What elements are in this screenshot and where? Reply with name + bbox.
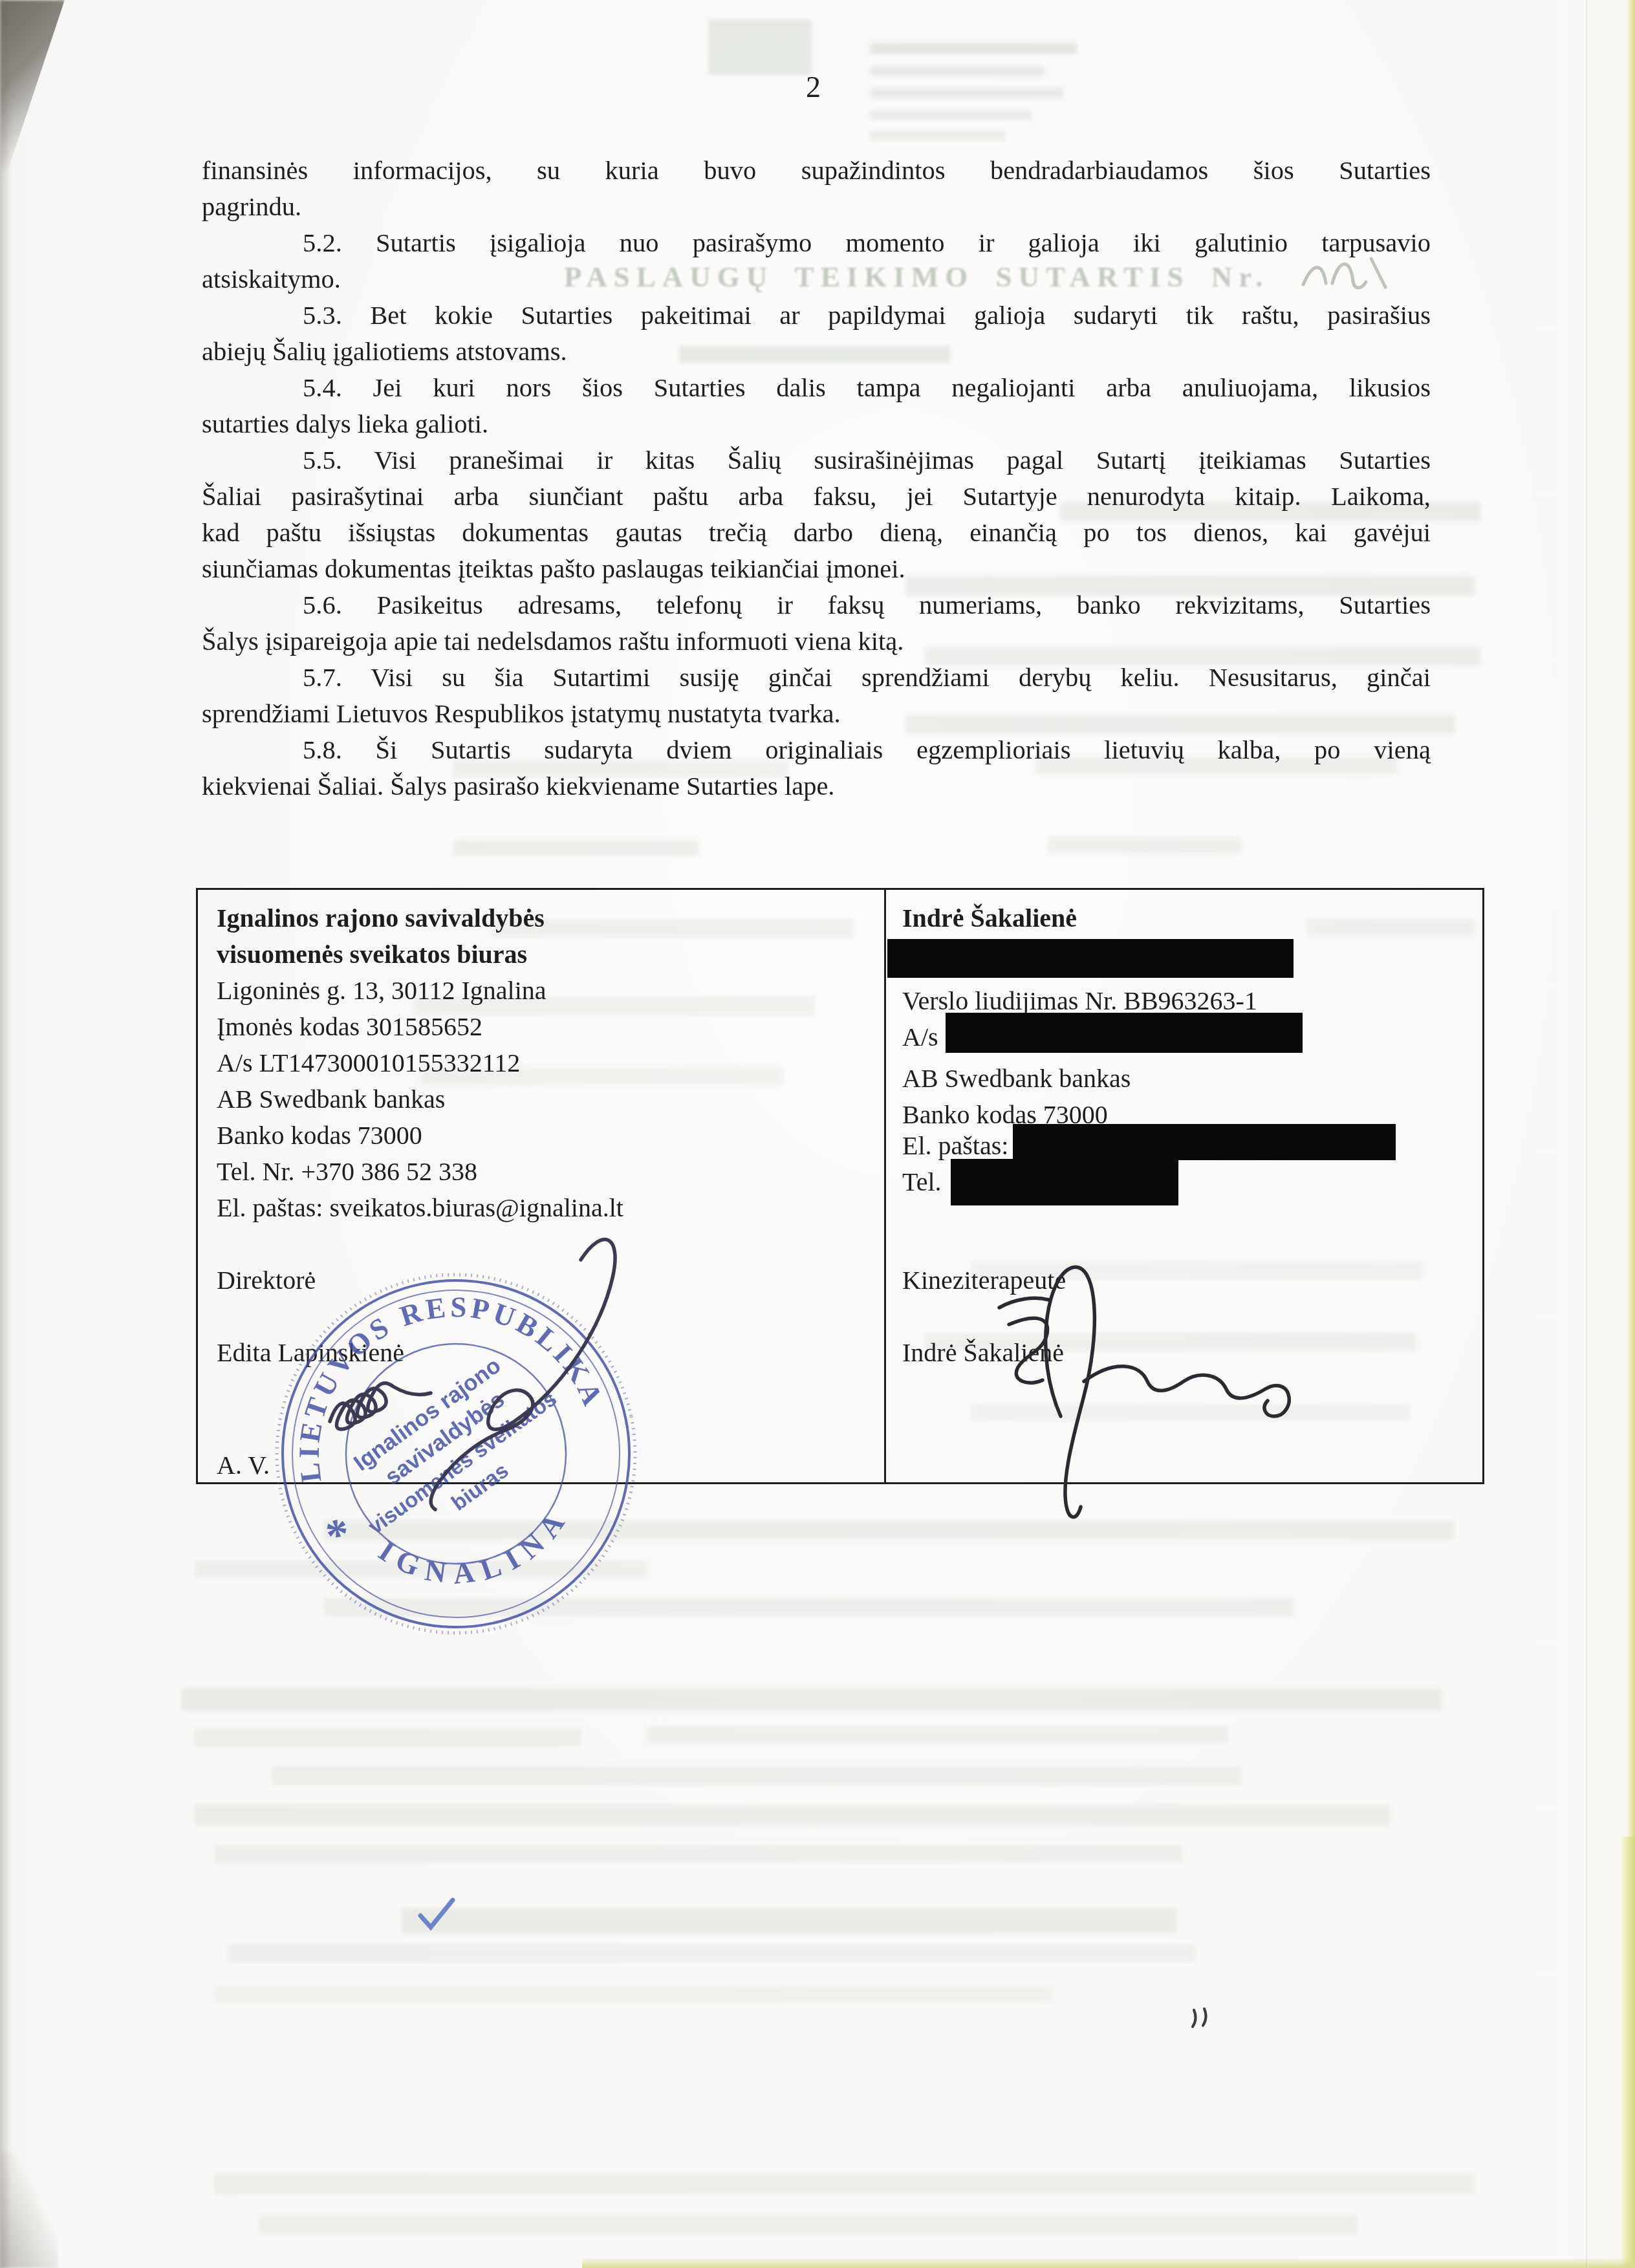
ghost-line xyxy=(323,1597,1294,1617)
left-party-role: Direktorė xyxy=(217,1262,316,1299)
right-party-account-label: A/s xyxy=(902,1019,938,1055)
body-line: sutarties dalys lieka galioti. xyxy=(202,406,1431,442)
right-party-role: Kineziterapeute xyxy=(902,1262,1066,1299)
ghost-line xyxy=(870,110,1032,120)
clause-5-7: 5.7. Visi su šia Sutartimi susiję ginčai… xyxy=(202,660,1431,696)
redaction-bar-phone xyxy=(951,1159,1178,1205)
left-party-phone: Tel. Nr. +370 386 52 338 xyxy=(217,1154,477,1190)
clause-5-2: 5.2. Sutartis įsigalioja nuo pasirašymo … xyxy=(202,225,1431,261)
clause-5-3: 5.3. Bet kokie Sutarties pakeitimai ar p… xyxy=(202,297,1431,334)
left-party-account: A/s LT147300010155332112 xyxy=(217,1045,520,1081)
ghost-line xyxy=(870,66,1045,76)
redaction-bar-email xyxy=(1013,1124,1396,1160)
ghost-logo-block xyxy=(708,19,812,75)
scanned-contract-page: PASLAUGŲ TEIKIMO SUTARTIS Nr. 2 finansin… xyxy=(0,0,1635,2268)
body-line: siunčiamas dokumentas įteiktas pašto pas… xyxy=(202,551,1431,587)
body-line: finansinės informacijos, su kuria buvo s… xyxy=(202,153,1431,189)
left-party-bank: AB Swedbank bankas xyxy=(217,1081,445,1118)
left-party-bank-code: Banko kodas 73000 xyxy=(217,1118,422,1154)
body-line: atsiskaitymo. xyxy=(202,261,1431,297)
ghost-line xyxy=(181,1688,1442,1711)
ghost-line xyxy=(870,88,1064,98)
ghost-line xyxy=(194,1560,647,1578)
ghost-line xyxy=(1048,837,1242,854)
ghost-line xyxy=(323,1520,1455,1540)
body-line: sprendžiami Lietuvos Respublikos įstatym… xyxy=(202,696,1431,732)
ghost-line xyxy=(213,2173,1475,2195)
ghost-line xyxy=(213,1844,1184,1864)
page-crease xyxy=(1586,0,1588,2268)
ghost-line xyxy=(213,1985,1054,2003)
left-party-name-line2: visuomenės sveikatos biuras xyxy=(217,936,527,973)
table-column-divider xyxy=(884,888,886,1484)
redaction-bar-personal-code xyxy=(887,939,1294,978)
left-party-company-code: Įmonės kodas 301585652 xyxy=(217,1009,482,1045)
ghost-line xyxy=(647,1725,1229,1744)
body-line: pagrindu. xyxy=(202,189,1431,225)
right-party-name: Indrė Šakalienė xyxy=(902,900,1077,936)
page-bottom-edge xyxy=(582,2258,1635,2268)
page-bottom-left-shadow xyxy=(0,2152,58,2268)
ghost-line xyxy=(194,1804,1391,1826)
stamp-bottom-text: IGNALINA xyxy=(368,1495,586,1609)
redaction-bar-account xyxy=(946,1013,1303,1053)
right-party-phone-label: Tel. xyxy=(902,1164,942,1200)
page-right-edge-bottom xyxy=(1621,1837,1635,2268)
clause-5-5: 5.5. Visi pranešimai ir kitas Šalių susi… xyxy=(202,442,1431,479)
page-number: 2 xyxy=(806,70,821,104)
left-party-name-line1: Ignalinos rajono savivaldybės xyxy=(217,900,545,936)
clause-5-4: 5.4. Jei kuri nors šios Sutarties dalis … xyxy=(202,370,1431,406)
clause-5-8: 5.8. Ši Sutartis sudaryta dviem original… xyxy=(202,732,1431,768)
ghost-line xyxy=(453,839,698,856)
body-line: kiekvienai Šaliai. Šalys pasirašo kiekvi… xyxy=(202,768,1431,805)
ghost-line xyxy=(259,2215,1358,2234)
ghost-line xyxy=(194,1728,582,1747)
body-line: Šalys įsipareigoja apie tai nedelsdamos … xyxy=(202,623,1431,660)
ghost-line xyxy=(226,1943,1196,1963)
body-line: Šaliai pasirašytinai arba siunčiant pašt… xyxy=(202,479,1431,515)
right-party-bank: AB Swedbank bankas xyxy=(902,1061,1131,1097)
left-party-signer-name: Edita Lapinskienė xyxy=(217,1335,404,1371)
page-left-edge-shadow xyxy=(0,0,12,2268)
ghost-heading-line xyxy=(401,1908,1177,1934)
ghost-line xyxy=(272,1766,1242,1786)
right-party-signer-name: Indrė Šakalienė xyxy=(902,1335,1064,1371)
body-line: abiejų Šalių įgaliotiems atstovams. xyxy=(202,334,1431,370)
ghost-line xyxy=(870,131,1006,141)
stray-pen-marks xyxy=(1193,2009,1206,2027)
left-party-email: El. paštas: sveikatos.biuras@ignalina.lt xyxy=(217,1190,623,1226)
contract-clauses: finansinės informacijos, su kuria buvo s… xyxy=(202,153,1431,805)
clause-5-6: 5.6. Pasikeitus adresams, telefonų ir fa… xyxy=(202,587,1431,623)
left-party-address: Ligoninės g. 13, 30112 Ignalina xyxy=(217,973,547,1009)
ghost-line xyxy=(870,43,1077,54)
body-line: kad paštu išsiųstas dokumentas gautas tr… xyxy=(202,515,1431,551)
seal-mark-label: A. V. xyxy=(217,1447,270,1484)
